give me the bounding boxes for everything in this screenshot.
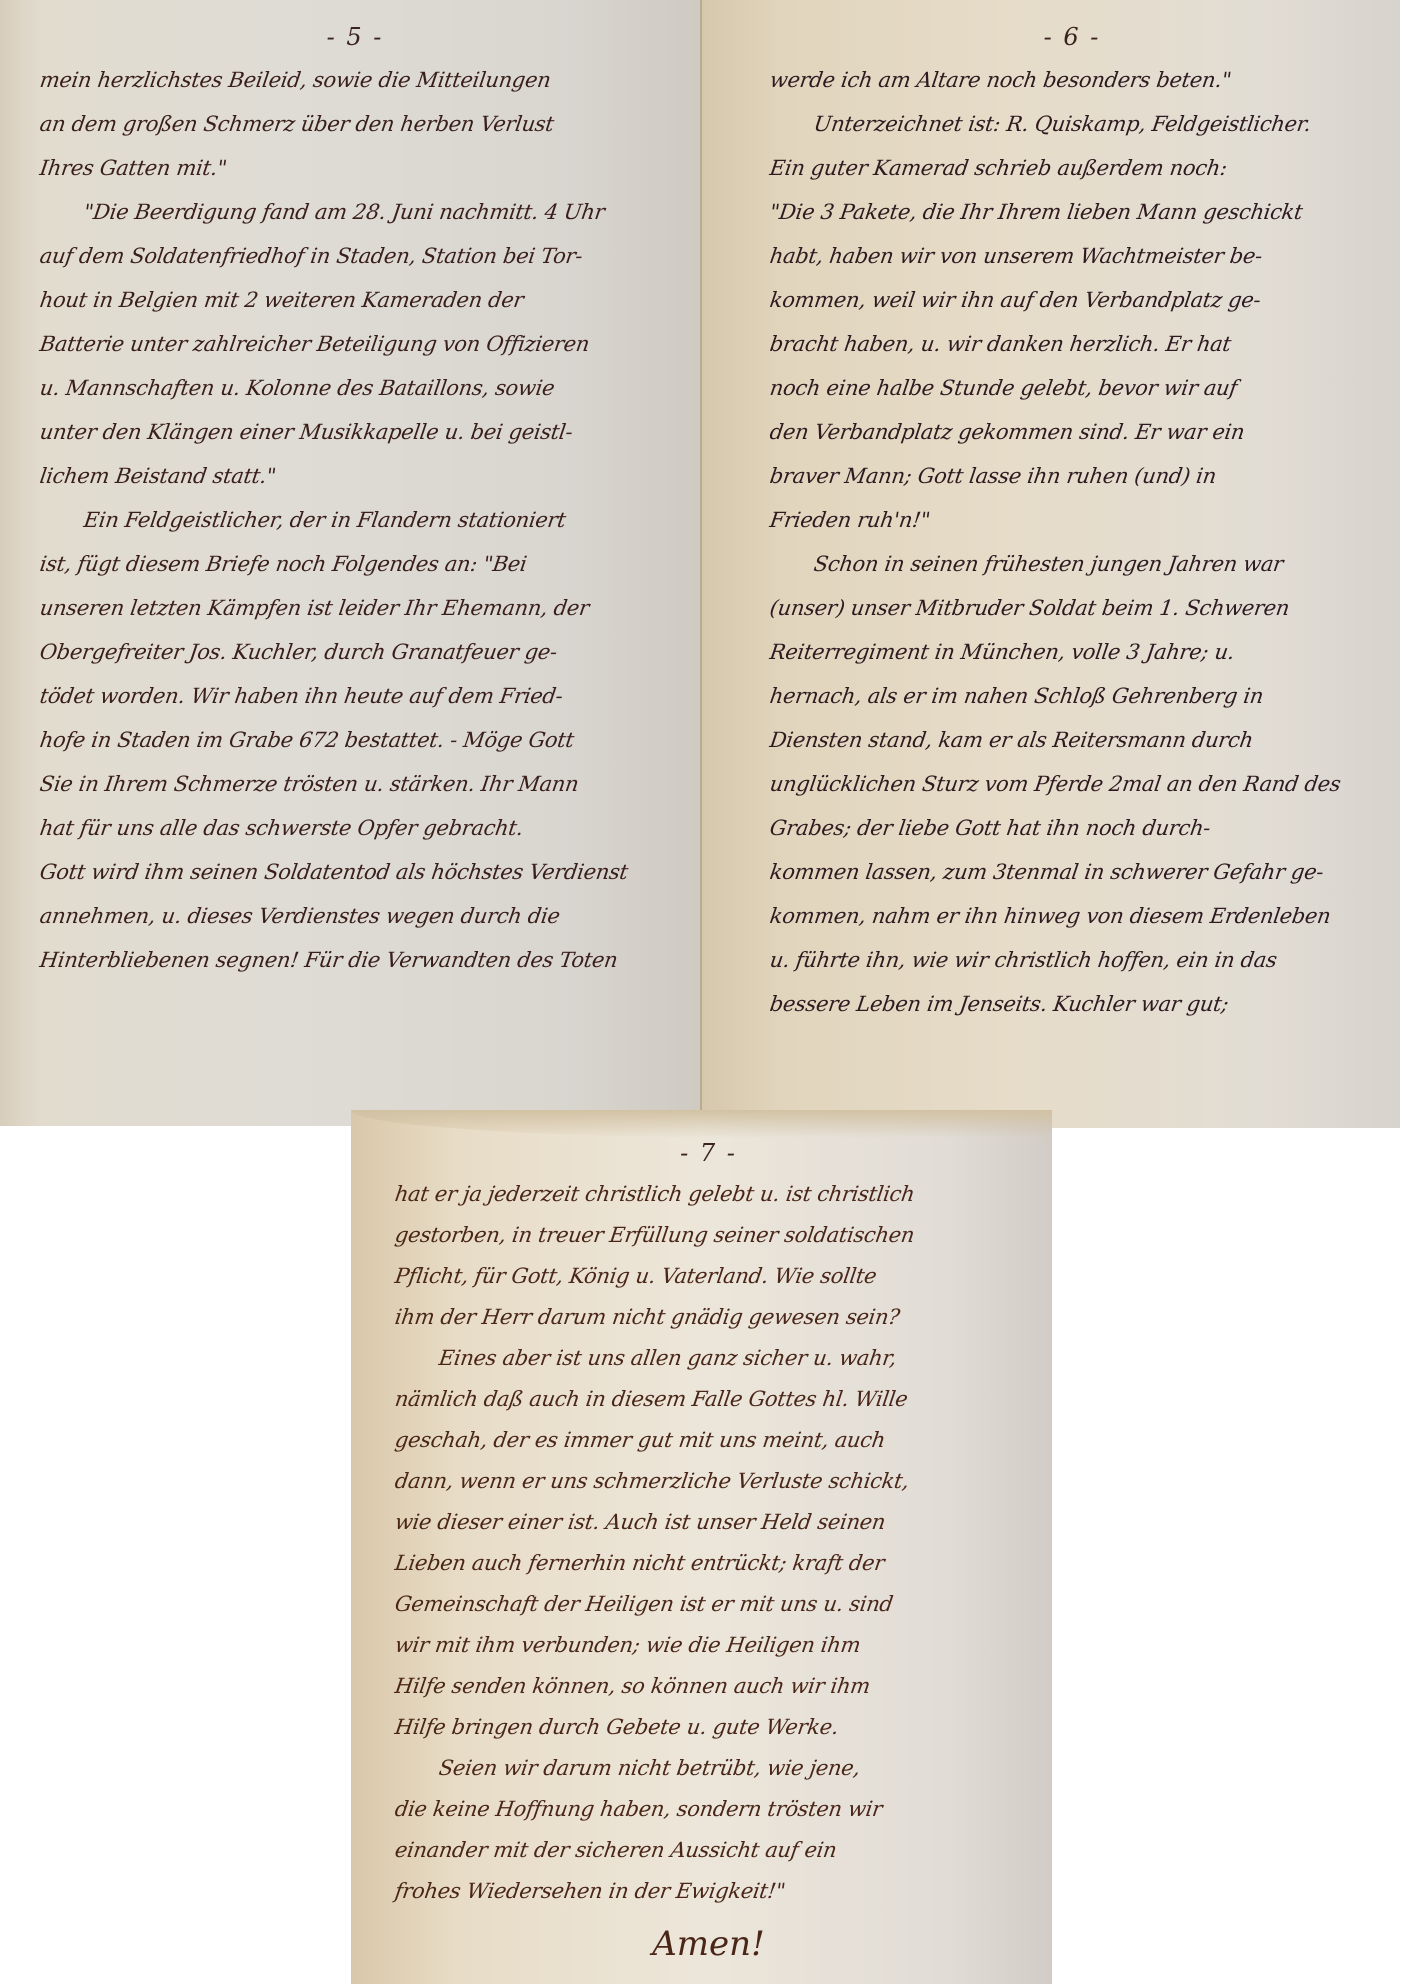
- page-body: werde ich am Altare noch besonders beten…: [770, 58, 1374, 1026]
- handwritten-line: ist, fügt diesem Briefe noch Folgendes a…: [37, 542, 673, 586]
- handwritten-line: lichem Beistand statt.": [37, 454, 673, 498]
- page-body: hat er ja jederzeit christlich gelebt u.…: [395, 1174, 1022, 1912]
- handwritten-line: Hinterbliebenen segnen! Für die Verwandt…: [37, 938, 673, 982]
- handwritten-line: einander mit der sicheren Aussicht auf e…: [392, 1830, 1025, 1871]
- handwritten-line: hernach, als er im nahen Schloß Gehrenbe…: [767, 674, 1377, 718]
- handwritten-line: dann, wenn er uns schmerzliche Verluste …: [392, 1461, 1025, 1502]
- handwritten-line: bracht haben, u. wir danken herzlich. Er…: [767, 322, 1377, 366]
- handwritten-line: Diensten stand, kam er als Reitersmann d…: [767, 718, 1377, 762]
- handwritten-line: Seien wir darum nicht betrübt, wie jene,: [392, 1748, 1025, 1789]
- handwritten-line: u. führte ihn, wie wir christlich hoffen…: [767, 938, 1377, 982]
- handwritten-line: ihm der Herr darum nicht gnädig gewesen …: [392, 1297, 1025, 1338]
- handwritten-line: Ein guter Kamerad schrieb außerdem noch:: [767, 146, 1377, 190]
- handwritten-line: Batterie unter zahlreicher Beteiligung v…: [37, 322, 673, 366]
- page-number: - 5 -: [40, 22, 670, 52]
- handwritten-line: tödet worden. Wir haben ihn heute auf de…: [37, 674, 673, 718]
- handwritten-line: hat er ja jederzeit christlich gelebt u.…: [392, 1174, 1025, 1215]
- page-body: mein herzlichstes Beileid, sowie die Mit…: [40, 58, 670, 982]
- handwritten-line: Unterzeichnet ist: R. Quiskamp, Feldgeis…: [767, 102, 1377, 146]
- handwritten-line: hat für uns alle das schwerste Opfer geb…: [37, 806, 673, 850]
- handwritten-line: braver Mann; Gott lasse ihn ruhen (und) …: [767, 454, 1377, 498]
- handwritten-line: habt, haben wir von unserem Wachtmeister…: [767, 234, 1377, 278]
- handwritten-line: Hilfe senden können, so können auch wir …: [392, 1666, 1025, 1707]
- handwritten-line: frohes Wiedersehen in der Ewigkeit!": [392, 1871, 1025, 1912]
- handwritten-line: (unser) unser Mitbruder Soldat beim 1. S…: [767, 586, 1377, 630]
- letter-page-7: - 7 - hat er ja jederzeit christlich gel…: [351, 1110, 1052, 1984]
- handwritten-line: kommen, weil wir ihn auf den Verbandplat…: [767, 278, 1377, 322]
- handwritten-line: an dem großen Schmerz über den herben Ve…: [37, 102, 673, 146]
- handwritten-line: kommen, nahm er ihn hinweg von diesem Er…: [767, 894, 1377, 938]
- handwritten-line: Lieben auch fernerhin nicht entrückt; kr…: [392, 1543, 1025, 1584]
- handwritten-line: Gott wird ihm seinen Soldatentod als höc…: [37, 850, 673, 894]
- handwritten-line: Schon in seinen frühesten jungen Jahren …: [767, 542, 1377, 586]
- handwritten-line: Sie in Ihrem Schmerze trösten u. stärken…: [37, 762, 673, 806]
- handwritten-line: Obergefreiter Jos. Kuchler, durch Granat…: [37, 630, 673, 674]
- handwritten-line: Eines aber ist uns allen ganz sicher u. …: [392, 1338, 1025, 1379]
- handwritten-line: "Die 3 Pakete, die Ihr Ihrem lieben Mann…: [767, 190, 1377, 234]
- handwritten-line: wir mit ihm verbunden; wie die Heiligen …: [392, 1625, 1025, 1666]
- letter-page-6: - 6 - werde ich am Altare noch besonders…: [700, 0, 1400, 1128]
- handwritten-line: gestorben, in treuer Erfüllung seiner so…: [392, 1215, 1025, 1256]
- handwritten-line: Reiterregiment in München, volle 3 Jahre…: [767, 630, 1377, 674]
- handwritten-line: nämlich daß auch in diesem Falle Gottes …: [392, 1379, 1025, 1420]
- handwritten-line: Gemeinschaft der Heiligen ist er mit uns…: [392, 1584, 1025, 1625]
- handwritten-line: unseren letzten Kämpfen ist leider Ihr E…: [37, 586, 673, 630]
- page-number: - 6 -: [770, 22, 1374, 52]
- handwritten-line: kommen lassen, zum 3tenmal in schwerer G…: [767, 850, 1377, 894]
- handwritten-line: den Verbandplatz gekommen sind. Er war e…: [767, 410, 1377, 454]
- handwritten-line: "Die Beerdigung fand am 28. Juni nachmit…: [37, 190, 673, 234]
- handwritten-line: Pflicht, für Gott, König u. Vaterland. W…: [392, 1256, 1025, 1297]
- handwritten-line: hout in Belgien mit 2 weiteren Kameraden…: [37, 278, 673, 322]
- handwritten-line: annehmen, u. dieses Verdienstes wegen du…: [37, 894, 673, 938]
- handwritten-line: Hilfe bringen durch Gebete u. gute Werke…: [392, 1707, 1025, 1748]
- letter-page-5: - 5 - mein herzlichstes Beileid, sowie d…: [0, 0, 700, 1126]
- handwritten-line: Ein Feldgeistlicher, der in Flandern sta…: [37, 498, 673, 542]
- handwritten-line: wie dieser einer ist. Auch ist unser Hel…: [392, 1502, 1025, 1543]
- handwritten-line: Grabes; der liebe Gott hat ihn noch durc…: [767, 806, 1377, 850]
- handwritten-line: bessere Leben im Jenseits. Kuchler war g…: [767, 982, 1377, 1026]
- handwritten-line: u. Mannschaften u. Kolonne des Bataillon…: [37, 366, 673, 410]
- handwritten-line: hofe in Staden im Grabe 672 bestattet. -…: [37, 718, 673, 762]
- handwritten-line: mein herzlichstes Beileid, sowie die Mit…: [37, 58, 673, 102]
- handwritten-line: unglücklichen Sturz vom Pferde 2mal an d…: [767, 762, 1377, 806]
- handwritten-line: werde ich am Altare noch besonders beten…: [767, 58, 1377, 102]
- handwritten-line: auf dem Soldatenfriedhof in Staden, Stat…: [37, 234, 673, 278]
- handwritten-line: geschah, der es immer gut mit uns meint,…: [392, 1420, 1025, 1461]
- closing-amen: Amen!: [395, 1916, 1022, 1972]
- handwritten-line: Frieden ruh'n!": [767, 498, 1377, 542]
- page-number: - 7 -: [395, 1138, 1022, 1168]
- handwritten-line: die keine Hoffnung haben, sondern tröste…: [392, 1789, 1025, 1830]
- handwritten-line: noch eine halbe Stunde gelebt, bevor wir…: [767, 366, 1377, 410]
- handwritten-line: unter den Klängen einer Musikkapelle u. …: [37, 410, 673, 454]
- handwritten-line: Ihres Gatten mit.": [37, 146, 673, 190]
